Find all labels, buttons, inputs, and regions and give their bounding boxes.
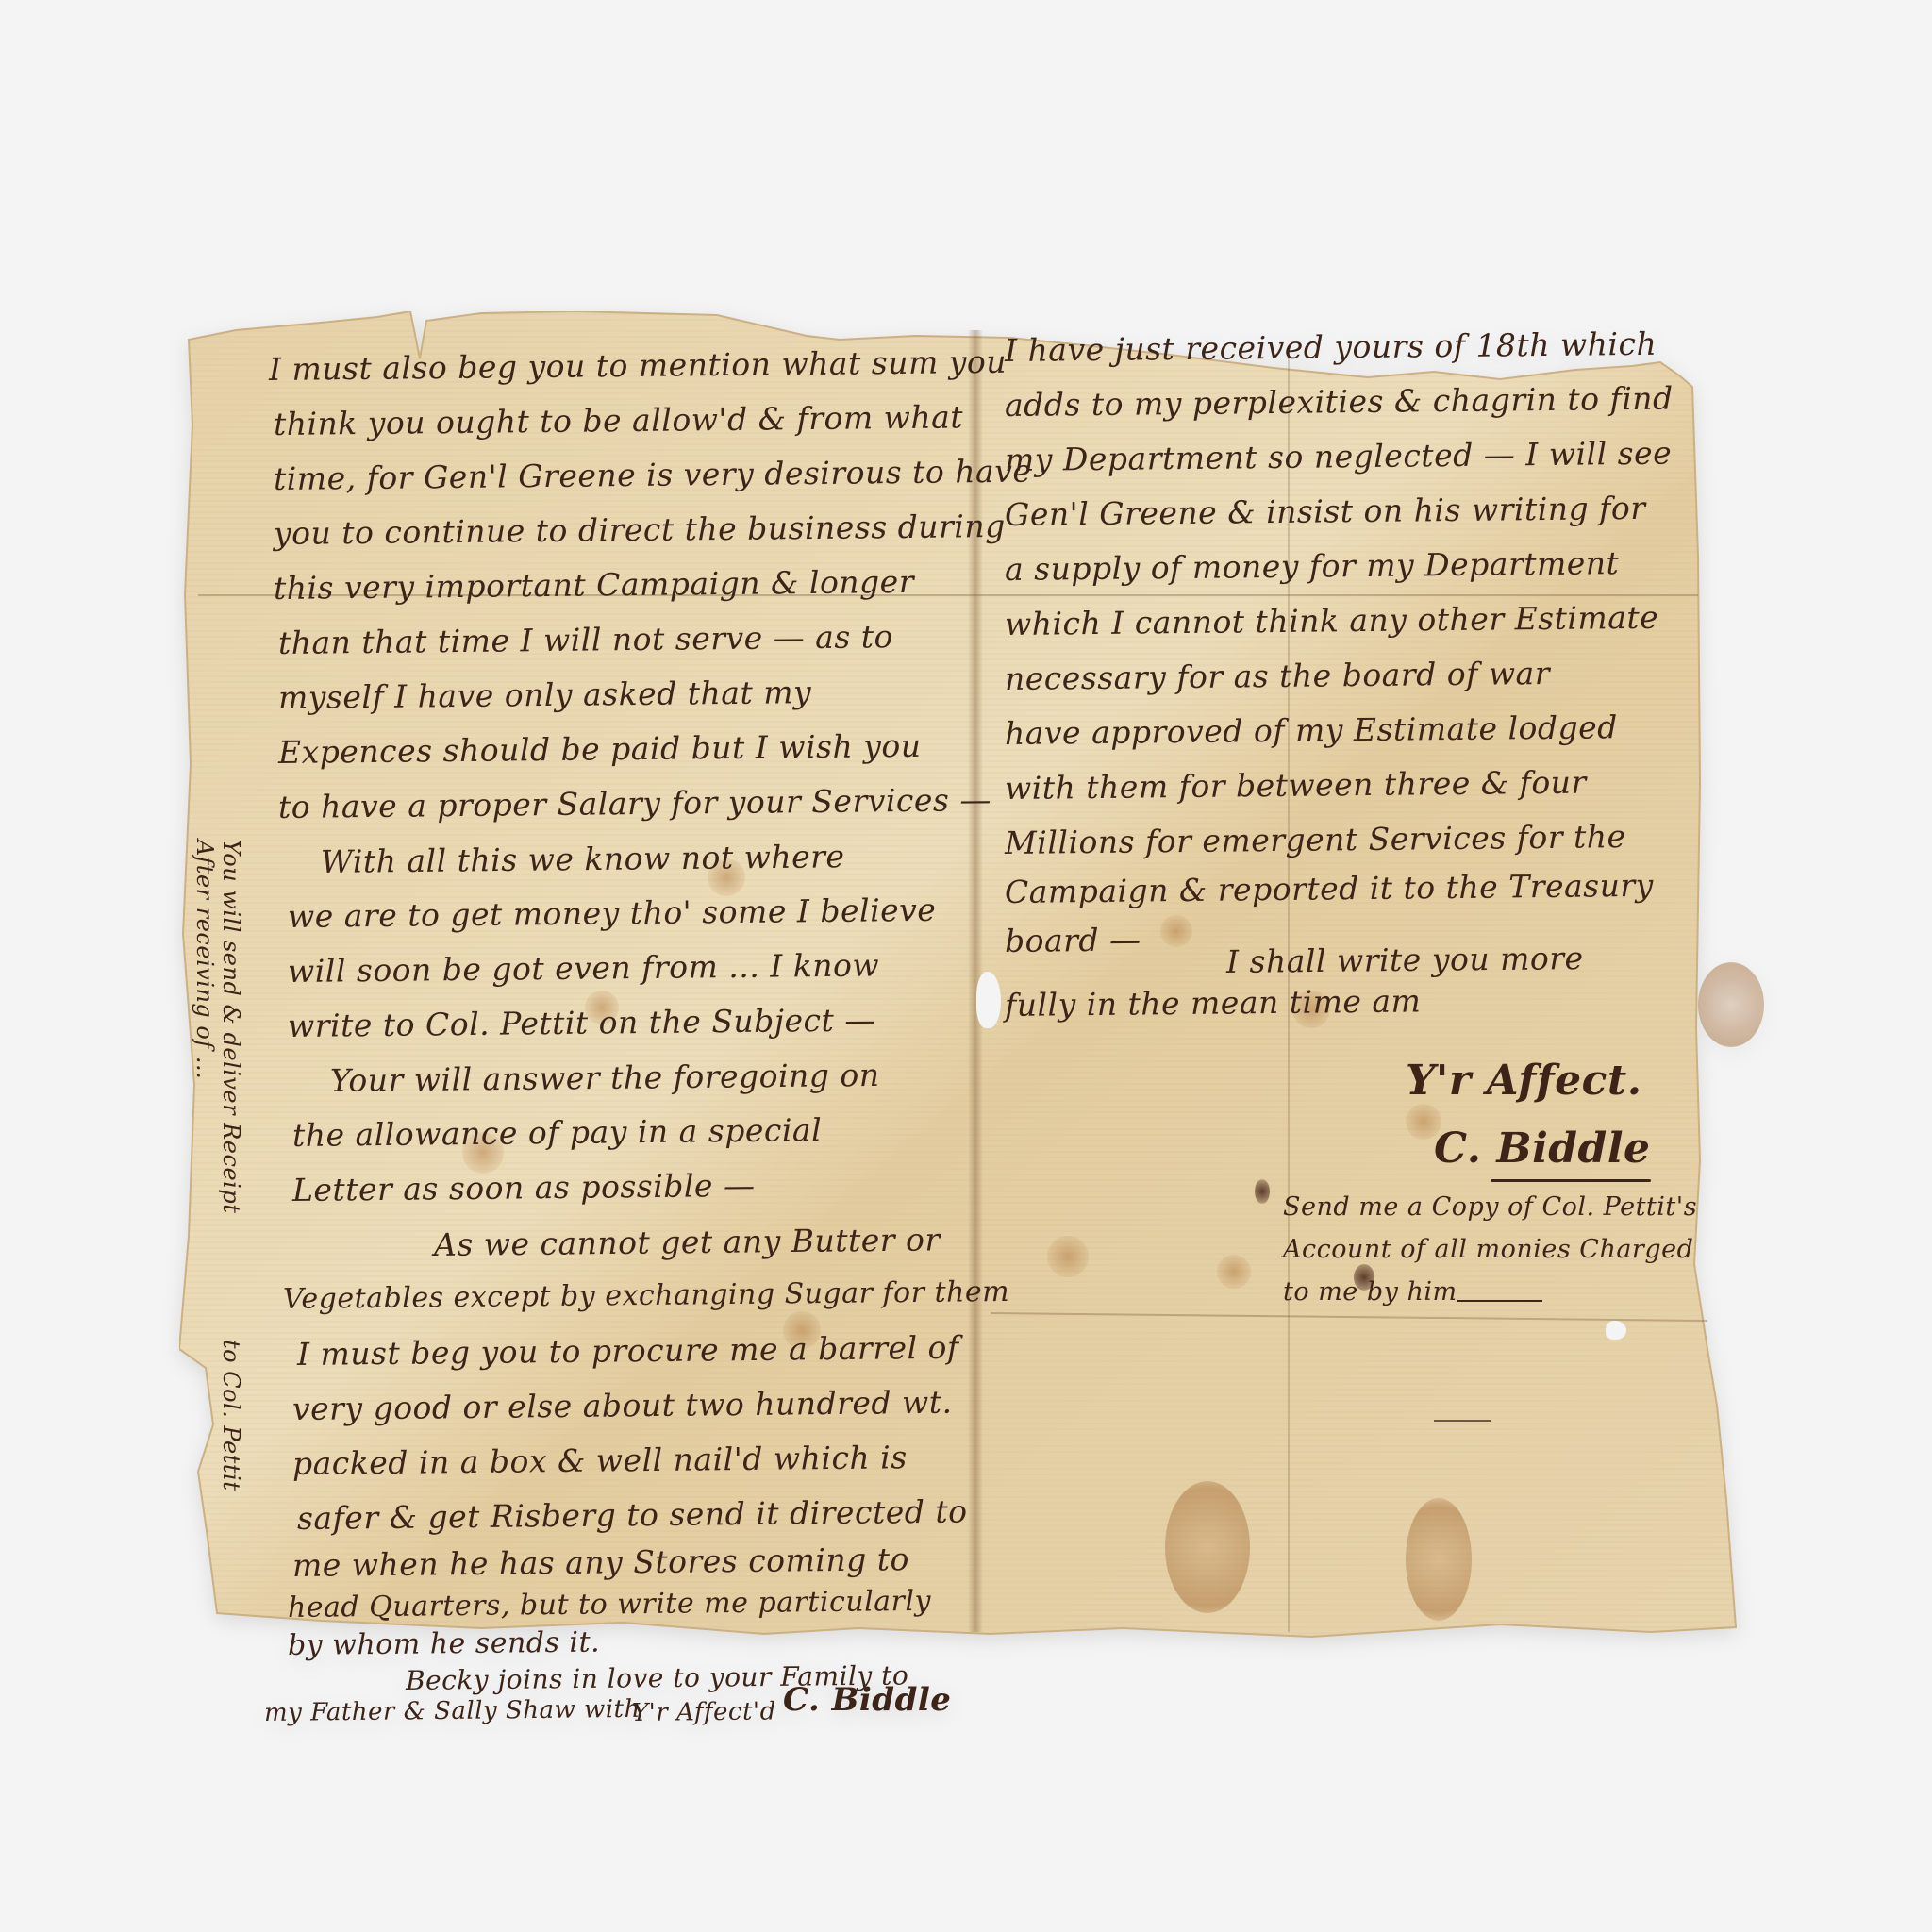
letter-line: safer & get Risberg to send it directed …: [297, 1493, 968, 1538]
postscript-line: Send me a Copy of Col. Pettit's: [1283, 1189, 1697, 1226]
letter-line: head Quarters, but to write me particula…: [288, 1583, 931, 1627]
letter-line: Gen'l Greene & insist on his writing for: [1005, 490, 1646, 534]
letter-line: the allowance of pay in a special: [292, 1111, 823, 1155]
letter-line: will soon be got even from ... I know: [288, 946, 880, 991]
letter-line: fully in the mean time am: [1005, 982, 1422, 1024]
right-page: I have just received yours of 18th which…: [981, 311, 1750, 1641]
postscript-line: to me by him: [1283, 1274, 1457, 1311]
letter-line: with them for between three & four: [1005, 764, 1587, 808]
letter-line: board —: [1005, 921, 1141, 960]
letter-line: I have just received yours of 18th which: [1005, 325, 1657, 370]
letter-line: this very important Campaign & longer: [274, 563, 914, 608]
postscript-line: Account of all monies Charged: [1283, 1231, 1693, 1269]
letter-line: by whom he sends it.: [288, 1624, 601, 1665]
letter-line: Campaign & reported it to the Treasury: [1005, 867, 1654, 911]
left-page: I must also beg you to mention what sum …: [179, 311, 972, 1641]
letter-line: As we cannot get any Butter or: [434, 1221, 941, 1264]
letter-line: Vegetables except by exchanging Sugar fo…: [283, 1274, 1009, 1319]
margin-note-line: You will send & deliver Receipt: [217, 840, 245, 1213]
letter-line: write to Col. Pettit on the Subject —: [288, 1001, 876, 1045]
margin-note-line: After receiving of ...: [191, 840, 219, 1079]
signature: C. Biddle: [783, 1681, 951, 1719]
letter-line: myself I have only asked that my: [278, 674, 812, 717]
letter-line: to have a proper Salary for your Service…: [278, 781, 991, 826]
letter-line: very good or else about two hundred wt.: [292, 1384, 953, 1428]
letter-line: I must beg you to procure me a barrel of: [297, 1329, 959, 1374]
signature: C. Biddle: [1434, 1124, 1651, 1173]
closing: Y'r Affect.: [1406, 1057, 1642, 1105]
letter-line: Millions for emergent Services for the: [1005, 818, 1626, 862]
letter-line: I must also beg you to mention what sum …: [269, 343, 1007, 389]
photo-background: I must also beg you to mention what sum …: [0, 0, 1932, 1932]
letter-line: Expences should be paid but I wish you: [278, 727, 922, 772]
postscript-rule: [1457, 1300, 1542, 1302]
letter-line: necessary for as the board of war: [1005, 655, 1550, 698]
letter-line: Letter as soon as possible —: [292, 1167, 756, 1209]
letter-sheet: I must also beg you to mention what sum …: [179, 311, 1750, 1641]
letter-line: think you ought to be allow'd & from wha…: [274, 398, 963, 443]
letter-line: packed in a box & well nail'd which is: [292, 1439, 908, 1483]
signature-flourish: [1491, 1179, 1651, 1182]
closing: Y'r Affect'd: [632, 1692, 776, 1732]
letter-line: I shall write you more: [1226, 940, 1584, 981]
margin-note-line: to Col. Pettit: [217, 1340, 245, 1491]
letter-line: time, for Gen'l Greene is very desirous …: [274, 453, 1032, 498]
letter-line: than that time I will not serve — as to: [278, 618, 893, 662]
ink-dash: [1434, 1420, 1491, 1422]
letter-line: we are to get money tho' some I believe: [288, 891, 937, 936]
letter-line: which I cannot think any other Estimate: [1005, 599, 1659, 643]
letter-line: my Father & Sally Shaw with: [264, 1690, 641, 1732]
letter-line: adds to my perplexities & chagrin to fin…: [1005, 380, 1674, 425]
letter-line: Your will answer the foregoing on: [330, 1057, 880, 1100]
letter-line: you to continue to direct the business d…: [274, 508, 1006, 553]
letter-line: me when he has any Stores coming to: [292, 1541, 909, 1585]
letter-line: my Department so neglected — I will see: [1005, 435, 1673, 479]
letter-line: have approved of my Estimate lodged: [1005, 708, 1618, 753]
letter-line: With all this we know not where: [321, 838, 845, 881]
letter-line: a supply of money for my Department: [1005, 544, 1620, 589]
